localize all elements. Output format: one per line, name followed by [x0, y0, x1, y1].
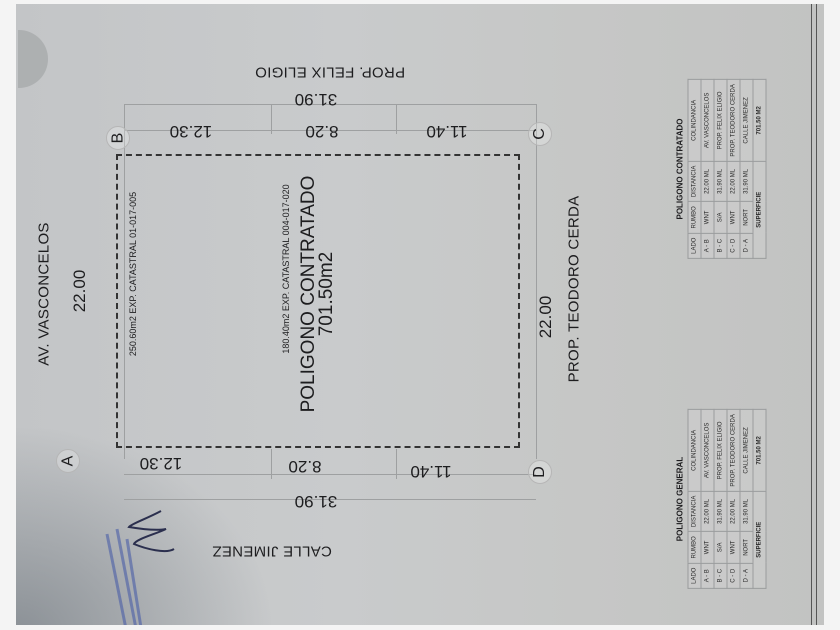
table-header: RUMBO: [688, 202, 701, 233]
segment-1-right: 12.30: [140, 453, 183, 473]
table-poligono-general: POLIGONO GENERALLADORUMBODISTANCIACOLIND…: [676, 409, 767, 589]
table-cell: PROP. TEODORO CERDA: [727, 80, 740, 161]
vertex-b: B: [106, 126, 130, 150]
table-row: C - DWNT22.00 MLPROP. TEODORO CERDA: [727, 410, 740, 589]
tick: [271, 104, 272, 134]
table-cell: S/A: [714, 532, 727, 563]
length-side-left: 31.90: [295, 89, 338, 109]
tick: [396, 104, 397, 134]
segment-3-right: 11.40: [410, 461, 451, 481]
segment-3-left: 11.40: [426, 121, 467, 141]
street-bottom: CALLE JIMENEZ: [212, 543, 332, 560]
segment-2-right: 8.20: [288, 456, 321, 476]
page-edge: [811, 4, 817, 625]
table-cell: 31.90 ML: [740, 491, 753, 532]
main-polygon-label: POLIGONO CONTRATADO 701.50m2: [300, 176, 336, 413]
street-right: PROP. TEODORO CERDA: [566, 196, 583, 383]
table-title: POLIGONO CONTRATADO: [676, 79, 688, 259]
table-cell: D - A: [740, 563, 753, 588]
table-header: DISTANCIA: [688, 491, 701, 532]
table-cell: AV. VASCONCELOS: [701, 80, 714, 161]
tick: [396, 449, 397, 479]
table-header: DISTANCIA: [688, 161, 701, 202]
table-cell: A - B: [701, 233, 714, 258]
table-cell: A - B: [701, 563, 714, 588]
table-cell: NORT: [740, 532, 753, 563]
table-cell: 31.90 ML: [714, 161, 727, 202]
table-cell: WNT: [701, 202, 714, 233]
table-cell: 22.00 ML: [701, 491, 714, 532]
dimension-line-bottom: [536, 104, 537, 459]
tick: [271, 449, 272, 479]
signature-icon: [126, 509, 186, 559]
lot-annotation-2: 180.40m2 EXP. CATASTRAL 004-017-020: [281, 184, 291, 353]
table-header: COLINDANCIA: [688, 80, 701, 161]
street-top: AV. VASCONCELOS: [36, 222, 53, 365]
table-cell: 22.00 ML: [701, 161, 714, 202]
table-poligono-contratado: POLIGONO CONTRATADOLADORUMBODISTANCIACOL…: [676, 79, 767, 259]
table-cell: PROP. FELIX ELIGIO: [714, 80, 727, 161]
table-row: A - BWNT22.00 MLAV. VASCONCELOS: [701, 80, 714, 259]
table-cell: WNT: [701, 532, 714, 563]
table-cell: PROP. FELIX ELIGIO: [714, 410, 727, 491]
table-row: C - DWNT22.00 MLPROP. TEODORO CERDA: [727, 80, 740, 259]
table-cell: WNT: [727, 202, 740, 233]
table-row: D - ANORT31.90 MLCALLE JIMENEZ: [740, 80, 753, 259]
table-cell: S/A: [714, 202, 727, 233]
table-header: RUMBO: [688, 532, 701, 563]
vertex-d: D: [528, 460, 552, 484]
superficie-label: SUPERFICIE: [753, 491, 766, 588]
table-cell: CALLE JIMENEZ: [740, 80, 753, 161]
table-row: B - CS/A31.90 MLPROP. FELIX ELIGIO: [714, 410, 727, 589]
table-cell: 22.00 ML: [727, 161, 740, 202]
table-cell: NORT: [740, 202, 753, 233]
vertex-c: C: [528, 122, 552, 146]
table-cell: 31.90 ML: [740, 161, 753, 202]
length-bottom: 22.00: [536, 296, 556, 339]
table-cell: B - C: [714, 563, 727, 588]
table-header: COLINDANCIA: [688, 410, 701, 491]
main-area: 701.50m2: [318, 176, 336, 413]
lot-annotation-1: 250.60m2 EXP. CATASTRAL 01-017-005: [128, 192, 138, 356]
street-left: PROP. FELIX ELIGIO: [255, 64, 405, 81]
table-row: B - CS/A31.90 MLPROP. FELIX ELIGIO: [714, 80, 727, 259]
document-photo: A B C D AV. VASCONCELOS PROP. FELIX ELIG…: [16, 4, 824, 625]
vertex-a: A: [56, 449, 80, 473]
table-cell: 31.90 ML: [714, 491, 727, 532]
dimension-line-right-inner: [124, 474, 536, 475]
table-cell: WNT: [727, 532, 740, 563]
table-cell: B - C: [714, 233, 727, 258]
table-header: LADO: [688, 563, 701, 588]
length-top: 22.00: [70, 270, 90, 313]
table-title: POLIGONO GENERAL: [676, 409, 688, 589]
dark-spot: [18, 30, 48, 88]
table-header: LADO: [688, 233, 701, 258]
table-cell: 22.00 ML: [727, 491, 740, 532]
length-side-right: 31.90: [295, 491, 338, 511]
table-row: D - ANORT31.90 MLCALLE JIMENEZ: [740, 410, 753, 589]
superficie-label: SUPERFICIE: [753, 161, 766, 258]
table-cell: CALLE JIMENEZ: [740, 410, 753, 491]
segment-2-left: 8.20: [305, 121, 338, 141]
table-cell: D - A: [740, 233, 753, 258]
table-cell: AV. VASCONCELOS: [701, 410, 714, 491]
table-cell: C - D: [727, 563, 740, 588]
segment-1-left: 12.30: [170, 121, 213, 141]
superficie-value: 701.50 M2: [753, 410, 766, 491]
table-row: A - BWNT22.00 MLAV. VASCONCELOS: [701, 410, 714, 589]
table-cell: PROP. TEODORO CERDA: [727, 410, 740, 491]
superficie-value: 701.50 M2: [753, 80, 766, 161]
table-cell: C - D: [727, 233, 740, 258]
